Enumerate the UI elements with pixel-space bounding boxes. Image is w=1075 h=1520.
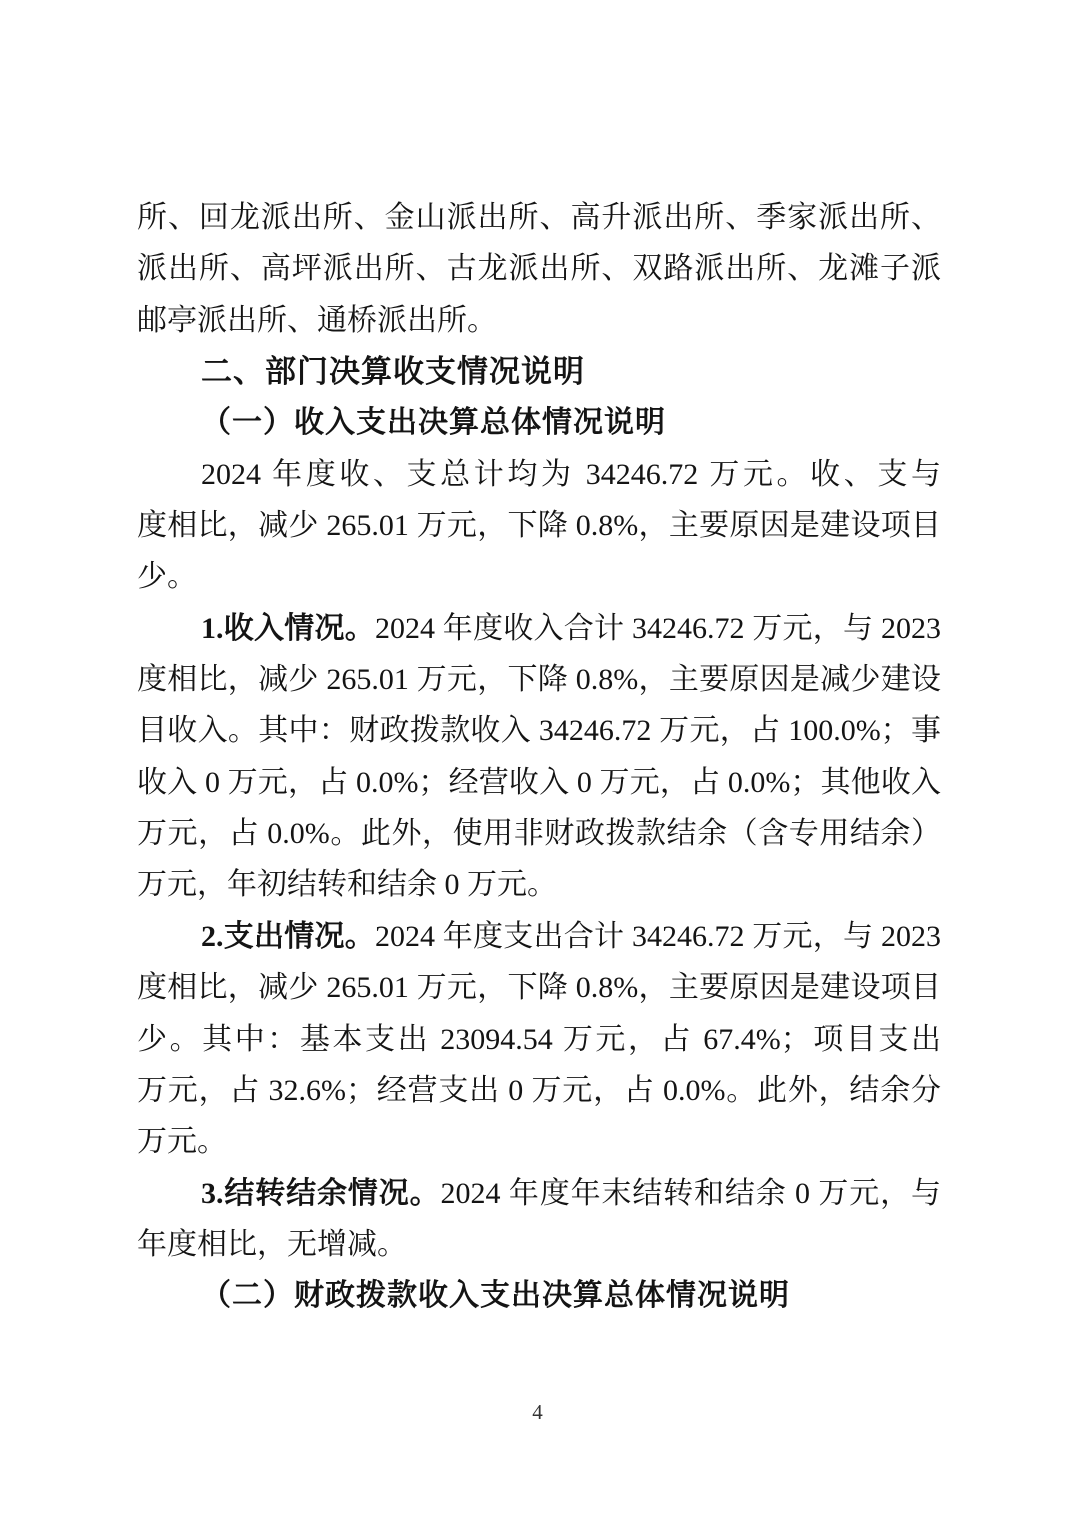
paragraph-income-line-4: 收入 0 万元，占 0.0%；经营收入 0 万元，占 0.0%；其他收入 0 [137,757,941,808]
paragraph-expenditure-line-1: 2.支出情况。2024 年度支出合计 34246.72 万元，与 2023 年 [137,911,941,962]
paragraph-police-stations-line-1: 所、回龙派出所、金山派出所、高升派出所、季家派出所、龙石 [137,192,941,243]
subsection-heading-2: （二）财政拨款收入支出决算总体情况说明 [137,1270,941,1321]
paragraph-income-line-3: 目收入。其中：财政拨款收入 34246.72 万元，占 100.0%；事业 [137,705,941,756]
paragraph-income-line-1: 1.收入情况。2024 年度收入合计 34246.72 万元，与 2023 年 [137,603,941,654]
section-heading-2: 二、部门决算收支情况说明 [137,346,941,397]
document-body: 所、回龙派出所、金山派出所、高升派出所、季家派出所、龙石 派出所、高坪派出所、古… [137,192,941,1322]
income-section-label: 1.收入情况。 [201,612,375,645]
paragraph-overall-line-2: 度相比，减少 265.01 万元，下降 0.8%，主要原因是建设项目减 [137,500,941,551]
paragraph-income-line-5: 万元，占 0.0%。此外，使用非财政拨款结余（含专用结余）0 [137,808,941,859]
paragraph-carryover-line-2: 年度相比，无增减。 [137,1219,941,1270]
paragraph-police-stations-line-3: 邮亭派出所、通桥派出所。 [137,295,941,346]
paragraph-overall-line-3: 少。 [137,551,941,602]
paragraph-carryover-line-1: 3.结转结余情况。2024 年度年末结转和结余 0 万元，与 2023 [137,1168,941,1219]
paragraph-expenditure-line-5: 万元。 [137,1116,941,1167]
paragraph-income-line-2: 度相比，减少 265.01 万元，下降 0.8%，主要原因是减少建设项 [137,654,941,705]
paragraph-expenditure-line-2: 度相比，减少 265.01 万元，下降 0.8%，主要原因是建设项目减 [137,962,941,1013]
paragraph-income-line-6: 万元，年初结转和结余 0 万元。 [137,859,941,910]
subsection-heading-1: （一）收入支出决算总体情况说明 [137,397,941,448]
paragraph-expenditure-line-3: 少。其中：基本支出 23094.54 万元，占 67.4%；项目支出 11152… [137,1014,941,1065]
paragraph-overall-line-1: 2024 年度收、支总计均为 34246.72 万元。收、支与 2023 年 [137,449,941,500]
document-page: 所、回龙派出所、金山派出所、高升派出所、季家派出所、龙石 派出所、高坪派出所、古… [0,0,1075,1520]
paragraph-expenditure-line-4: 万元，占 32.6%；经营支出 0 万元，占 0.0%。此外，结余分配 0 [137,1065,941,1116]
paragraph-police-stations-line-2: 派出所、高坪派出所、古龙派出所、双路派出所、龙滩子派出所、 [137,243,941,294]
page-number: 4 [0,1400,1075,1425]
carryover-section-label: 3.结转结余情况。 [201,1177,440,1210]
expenditure-section-label: 2.支出情况。 [201,920,375,953]
